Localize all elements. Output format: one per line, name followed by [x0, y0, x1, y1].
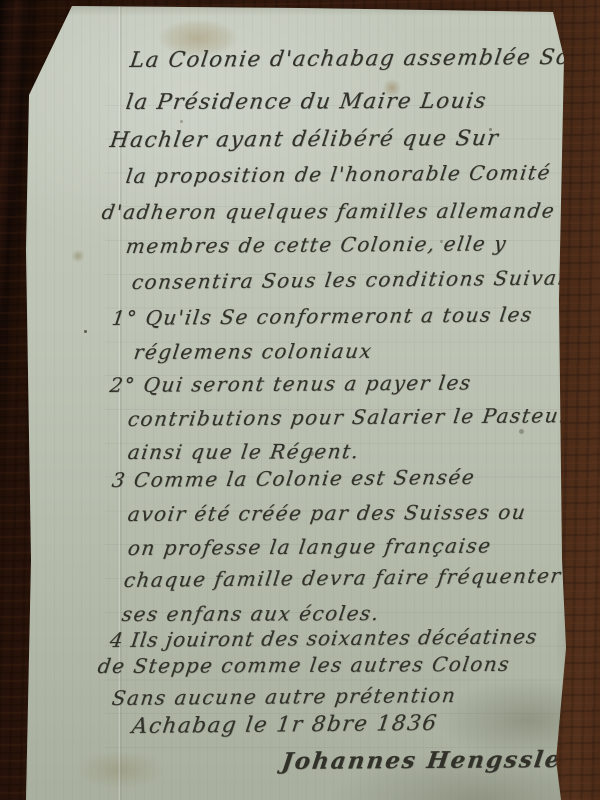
manuscript-line-14: avoir été créée par des Suisses ou [126, 500, 528, 526]
manuscript-line-1: La Colonie d'achabag assemblée Sous [128, 45, 600, 73]
ink-specks [0, 0, 3, 3]
manuscript-line-17: ses enfans aux écoles. [120, 601, 381, 626]
manuscript-line-3: Hachler ayant délibéré que Sur [108, 126, 501, 153]
manuscript-line-8: 1° Qu'ils Se conformeront a tous les [110, 302, 534, 330]
manuscript-line-20: Sans aucune autre prétention [110, 683, 458, 710]
paper-sheet: La Colonie d'achabag assemblée Sous la P… [0, 0, 600, 800]
manuscript-line-6: membres de cette Colonie, elle y [124, 231, 508, 258]
manuscript-line-13: 3 Comme la Colonie est Sensée [110, 465, 476, 492]
manuscript-line-5: d'adheron quelques familles allemande [100, 198, 557, 224]
manuscript-line-18: 4 Ils jouiront des soixantes décéatines [108, 624, 539, 652]
manuscript-line-7: consentira Sous les conditions Suivantes [130, 265, 600, 294]
fold-crease [118, 0, 122, 800]
manuscript-line-10: 2° Qui seront tenus a payer les [108, 370, 473, 397]
manuscript-line-11: contributions pour Salarier le Pasteur [126, 403, 571, 431]
manuscript-line-19: de Steppe comme les autres Colons [96, 652, 511, 678]
manuscript-line-4: la proposition de l'honorable Comité [124, 160, 552, 188]
signature: Johannes Hengssler [280, 746, 577, 775]
manuscript-line-15: on professe la langue française [126, 533, 493, 560]
manuscript-line-9: réglemens coloniaux [132, 339, 374, 364]
manuscript-photo: La Colonie d'achabag assemblée Sous la P… [0, 0, 600, 800]
date-line: Achabag le 1r 8bre 1836 [130, 711, 439, 739]
manuscript-line-2: la Présidence du Maire Louis [124, 89, 488, 115]
manuscript-line-12: ainsi que le Régent. [126, 439, 361, 464]
manuscript-line-16: chaque famille devra faire fréquenter [122, 563, 563, 592]
paper-texture [0, 0, 600, 800]
